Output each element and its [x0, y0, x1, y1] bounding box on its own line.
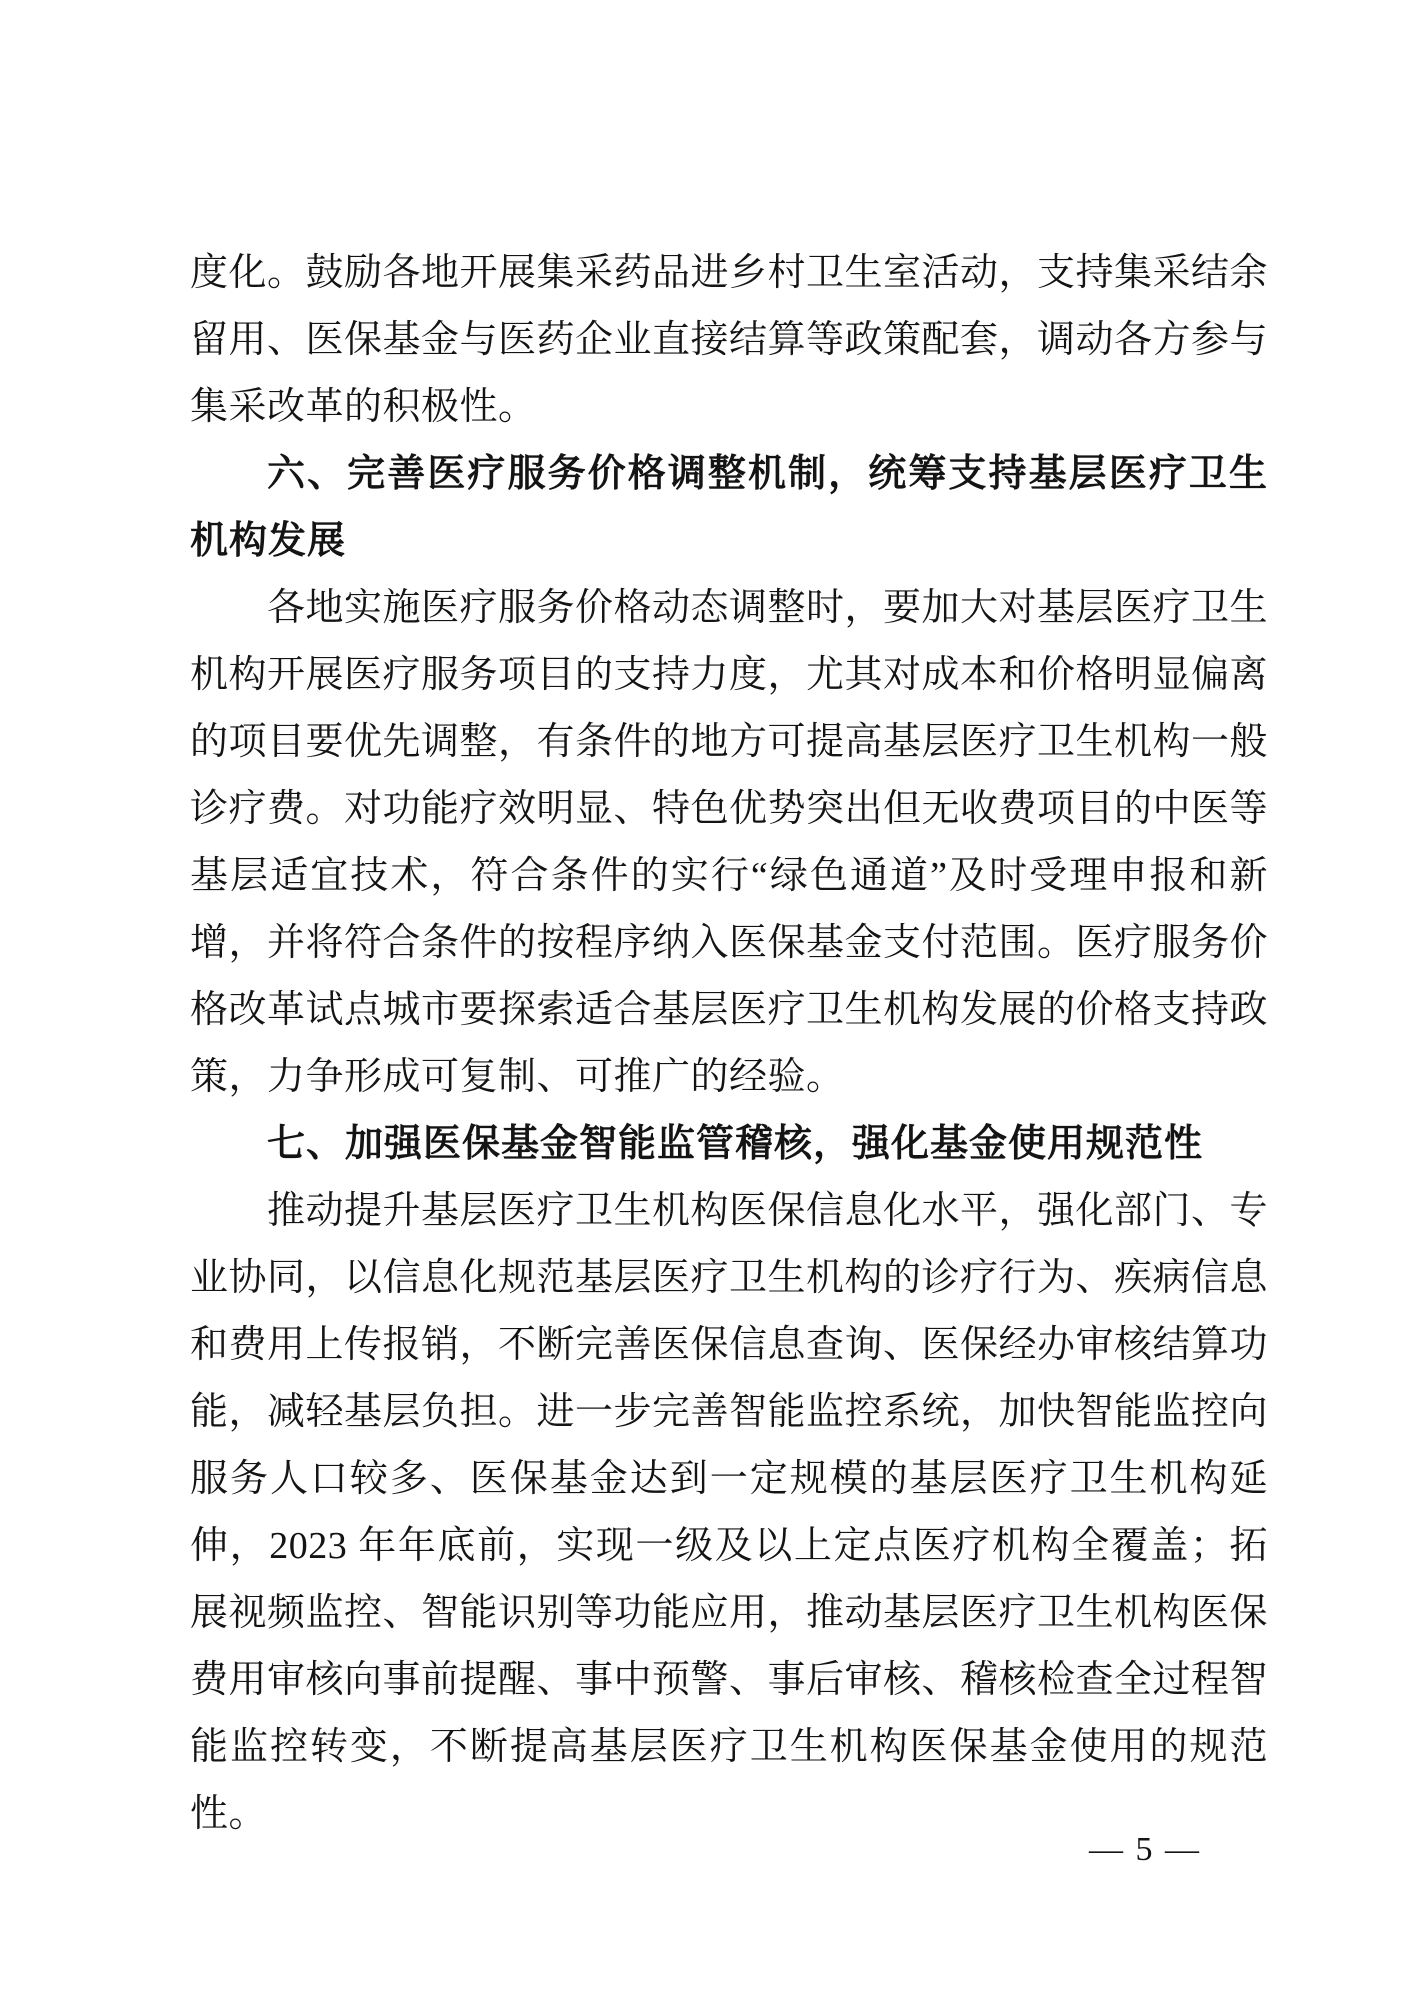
paragraph-section-six-body: 各地实施医疗服务价格动态调整时，要加大对基层医疗卫生机构开展医疗服务项目的支持力… — [190, 575, 1268, 1111]
section-heading-six: 六、完善医疗服务价格调整机制，统筹支持基层医疗卫生机构发展 — [190, 441, 1268, 575]
document-body: 度化。鼓励各地开展集采药品进乡村卫生室活动，支持集采结余留用、医保基金与医药企业… — [190, 240, 1268, 1848]
section-heading-seven: 七、加强医保基金智能监管稽核，强化基金使用规范性 — [190, 1111, 1268, 1178]
page-number: — 5 — — [1060, 1830, 1230, 1870]
paragraph-continuation: 度化。鼓励各地开展集采药品进乡村卫生室活动，支持集采结余留用、医保基金与医药企业… — [190, 240, 1268, 441]
document-page: 度化。鼓励各地开展集采药品进乡村卫生室活动，支持集采结余留用、医保基金与医药企业… — [0, 0, 1413, 2000]
paragraph-section-seven-body: 推动提升基层医疗卫生机构医保信息化水平，强化部门、专业协同，以信息化规范基层医疗… — [190, 1178, 1268, 1848]
